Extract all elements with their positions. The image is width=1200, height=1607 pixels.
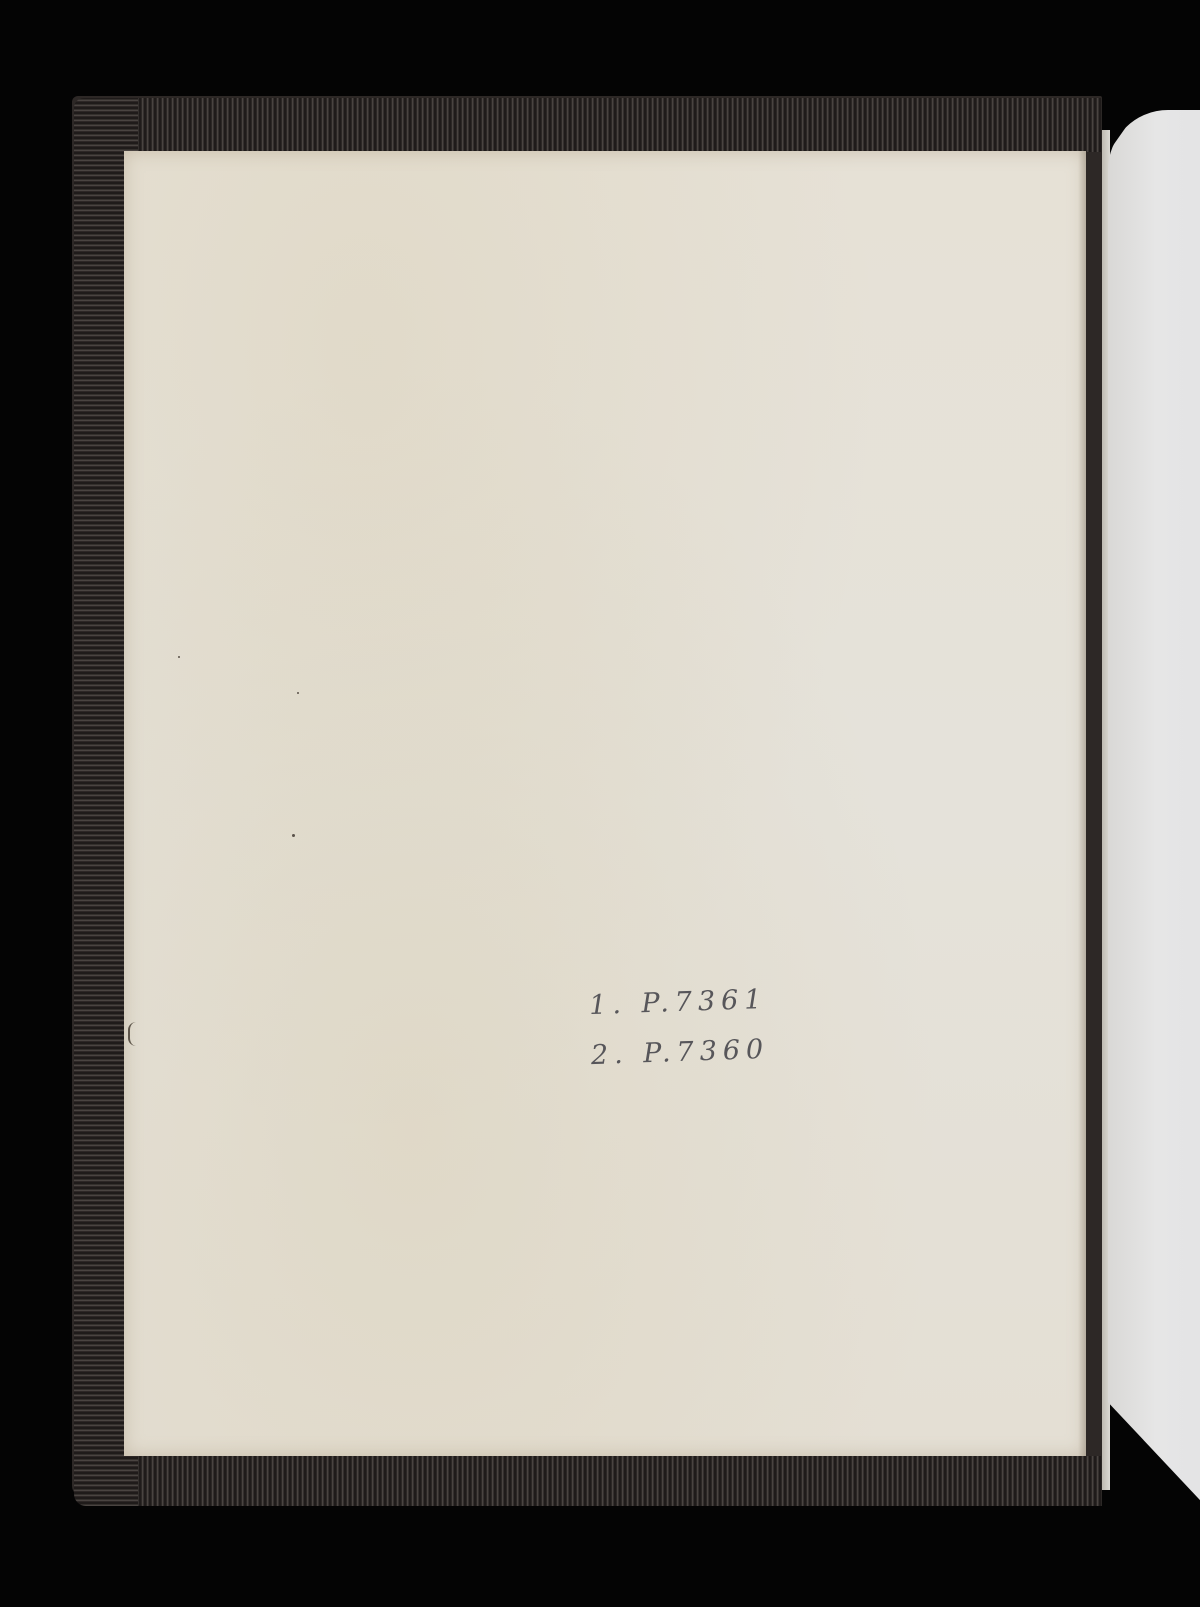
- paper-speck: [178, 656, 180, 658]
- handwritten-shelfmarks: 1. P.7361 2. P.7360: [588, 975, 770, 1081]
- pastedown-endpaper: [124, 151, 1086, 1456]
- shelfmark-line-1: 1. P.7361: [588, 975, 768, 1031]
- cloth-binding-bottom: [92, 1456, 1102, 1506]
- endpaper-hinge-shadow: [1078, 151, 1086, 1456]
- paper-speck: [297, 692, 299, 694]
- paper-tear-mark: [128, 1022, 140, 1046]
- cloth-binding-top: [92, 98, 1102, 152]
- shelfmark-line-2: 2. P.7360: [590, 1025, 770, 1081]
- paper-speck: [292, 834, 295, 837]
- facing-flyleaf: [1108, 110, 1200, 1530]
